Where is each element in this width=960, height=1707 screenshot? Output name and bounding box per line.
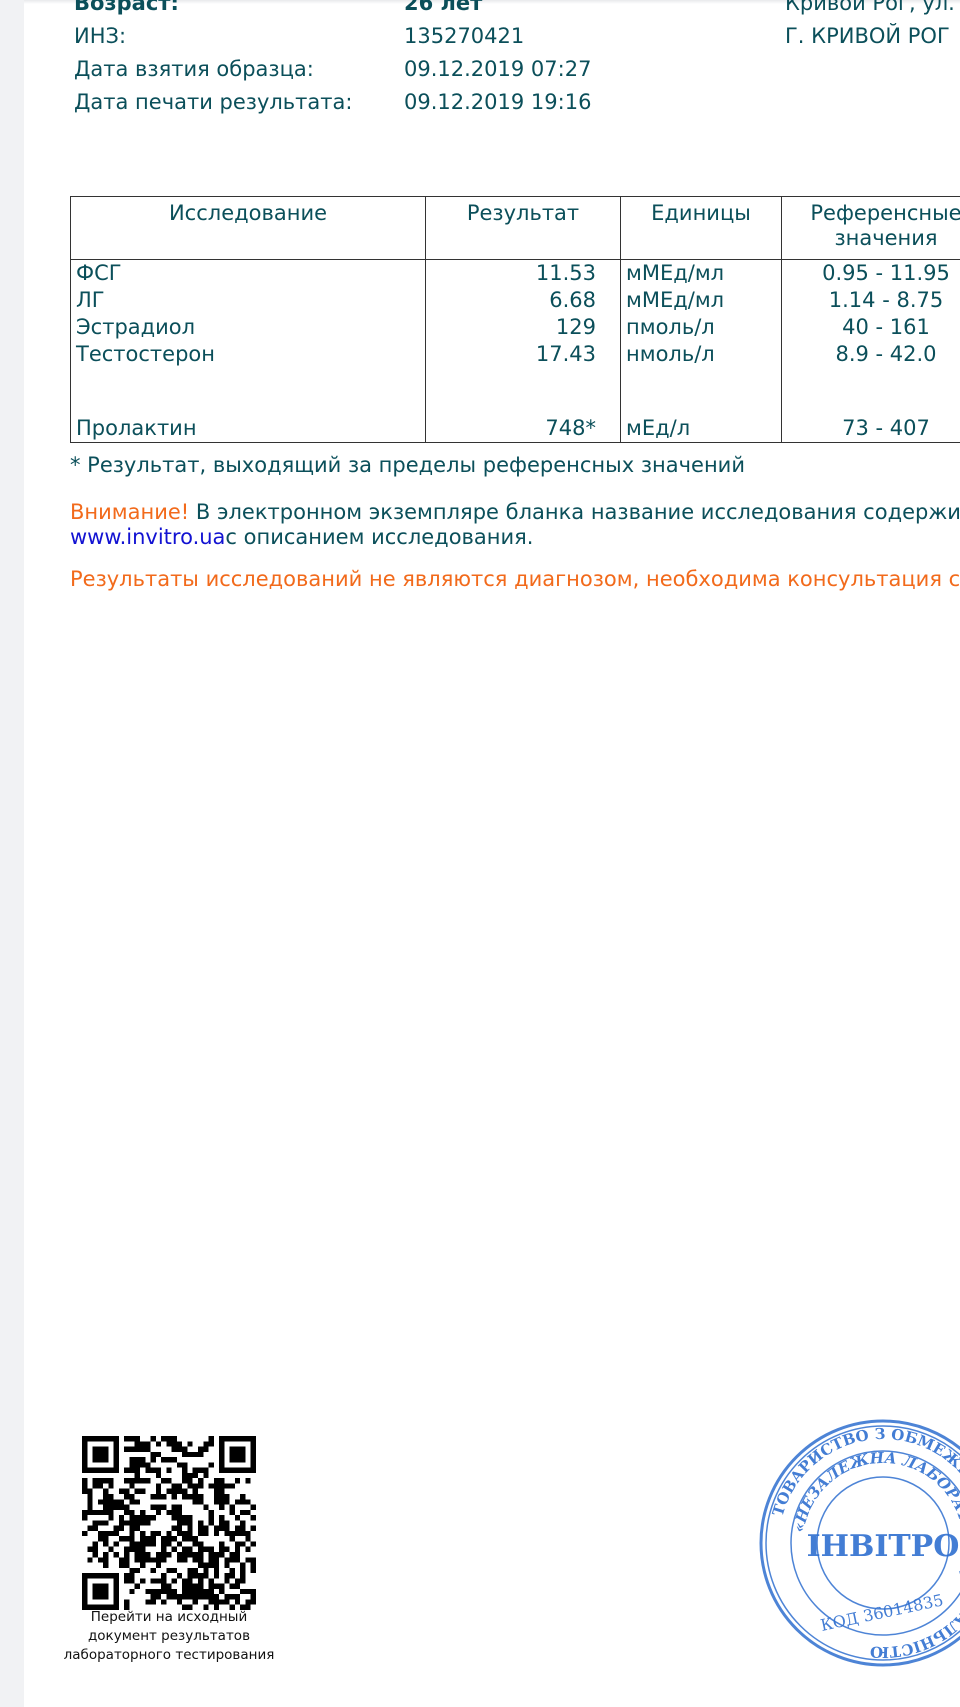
qr-code-icon[interactable]	[82, 1436, 256, 1610]
test-name: Тестостерон	[71, 341, 426, 368]
header-name: Исследование	[71, 197, 426, 260]
test-result: 6.68	[426, 287, 621, 314]
table-row: Пролактин 748* мЕд/л 73 - 407	[71, 409, 960, 443]
table-row: ФСГ 11.53 мМЕд/мл 0.95 - 11.95	[71, 260, 960, 288]
test-reference: 0.95 - 11.95	[782, 260, 960, 288]
age-label: Возраст:	[74, 0, 179, 20]
test-units: мЕд/л	[621, 409, 782, 443]
test-result: 748*	[426, 409, 621, 443]
test-result: 11.53	[426, 260, 621, 288]
test-result: 17.43	[426, 341, 621, 368]
stamp-center-text: ІНВІТРО	[807, 1529, 960, 1564]
address-line-1: Кривой Рог, ул.	[785, 0, 955, 20]
test-reference: 8.9 - 42.0	[782, 341, 960, 368]
header-result: Результат	[426, 197, 621, 260]
test-units: мМЕд/мл	[621, 287, 782, 314]
invitro-link[interactable]: www.invitro.ua	[70, 525, 225, 549]
test-name: ЛГ	[71, 287, 426, 314]
sample-date-value: 09.12.2019 07:27	[404, 53, 591, 86]
test-units: мМЕд/мл	[621, 260, 782, 288]
qr-caption-line-1: Перейти на исходный	[62, 1608, 276, 1627]
test-reference: 1.14 - 8.75	[782, 287, 960, 314]
qr-caption: Перейти на исходный документ результатов…	[62, 1608, 276, 1665]
print-date-value: 09.12.2019 19:16	[404, 86, 591, 119]
out-of-range-footnote: * Результат, выходящий за пределы рефере…	[70, 453, 745, 477]
left-gutter	[0, 0, 24, 1707]
disclaimer: Результаты исследований не являются диаг…	[70, 567, 960, 591]
table-header-row: Исследование Результат Единицы Референсн…	[71, 197, 960, 260]
inz-label: ИНЗ:	[74, 20, 126, 53]
warning-prefix: Внимание!	[70, 500, 189, 524]
qr-caption-line-3: лабораторного тестирования	[62, 1646, 276, 1665]
table-row: Эстрадиол 129 пмоль/л 40 - 161	[71, 314, 960, 341]
header-reference: Референсные значения	[782, 197, 960, 260]
test-name: Пролактин	[71, 409, 426, 443]
table-spacer-row	[71, 368, 960, 409]
address-line-2: Г. КРИВОЙ РОГ	[785, 20, 955, 53]
inz-value: 135270421	[404, 20, 524, 53]
test-reference: 40 - 161	[782, 314, 960, 341]
warning-note: Внимание! В электронном экземпляре бланк…	[70, 500, 960, 550]
results-table: Исследование Результат Единицы Референсн…	[70, 196, 960, 443]
test-reference: 73 - 407	[782, 409, 960, 443]
test-result: 129	[426, 314, 621, 341]
header-units: Единицы	[621, 197, 782, 260]
test-name: Эстрадиол	[71, 314, 426, 341]
warning-text: В электронном экземпляре бланка название…	[189, 500, 960, 524]
qr-caption-line-2: документ результатов	[62, 1627, 276, 1646]
print-date-label: Дата печати результата:	[74, 86, 352, 119]
age-value: 26 лет	[404, 0, 482, 20]
lab-stamp-icon: ТОВАРИСТВО З ОБМЕЖЕНОЮ ВІДПОВІДАЛЬНІСТЮ …	[758, 1418, 960, 1668]
lab-address: Кривой Рог, ул. Г. КРИВОЙ РОГ	[785, 0, 955, 53]
table-row: Тестостерон 17.43 нмоль/л 8.9 - 42.0	[71, 341, 960, 368]
sample-date-label: Дата взятия образца:	[74, 53, 314, 86]
test-units: пмоль/л	[621, 314, 782, 341]
table-row: ЛГ 6.68 мМЕд/мл 1.14 - 8.75	[71, 287, 960, 314]
test-name: ФСГ	[71, 260, 426, 288]
stamp-code: КОД 36014835	[819, 1590, 945, 1635]
test-units: нмоль/л	[621, 341, 782, 368]
warning-text-2: с описанием исследования.	[225, 525, 533, 549]
